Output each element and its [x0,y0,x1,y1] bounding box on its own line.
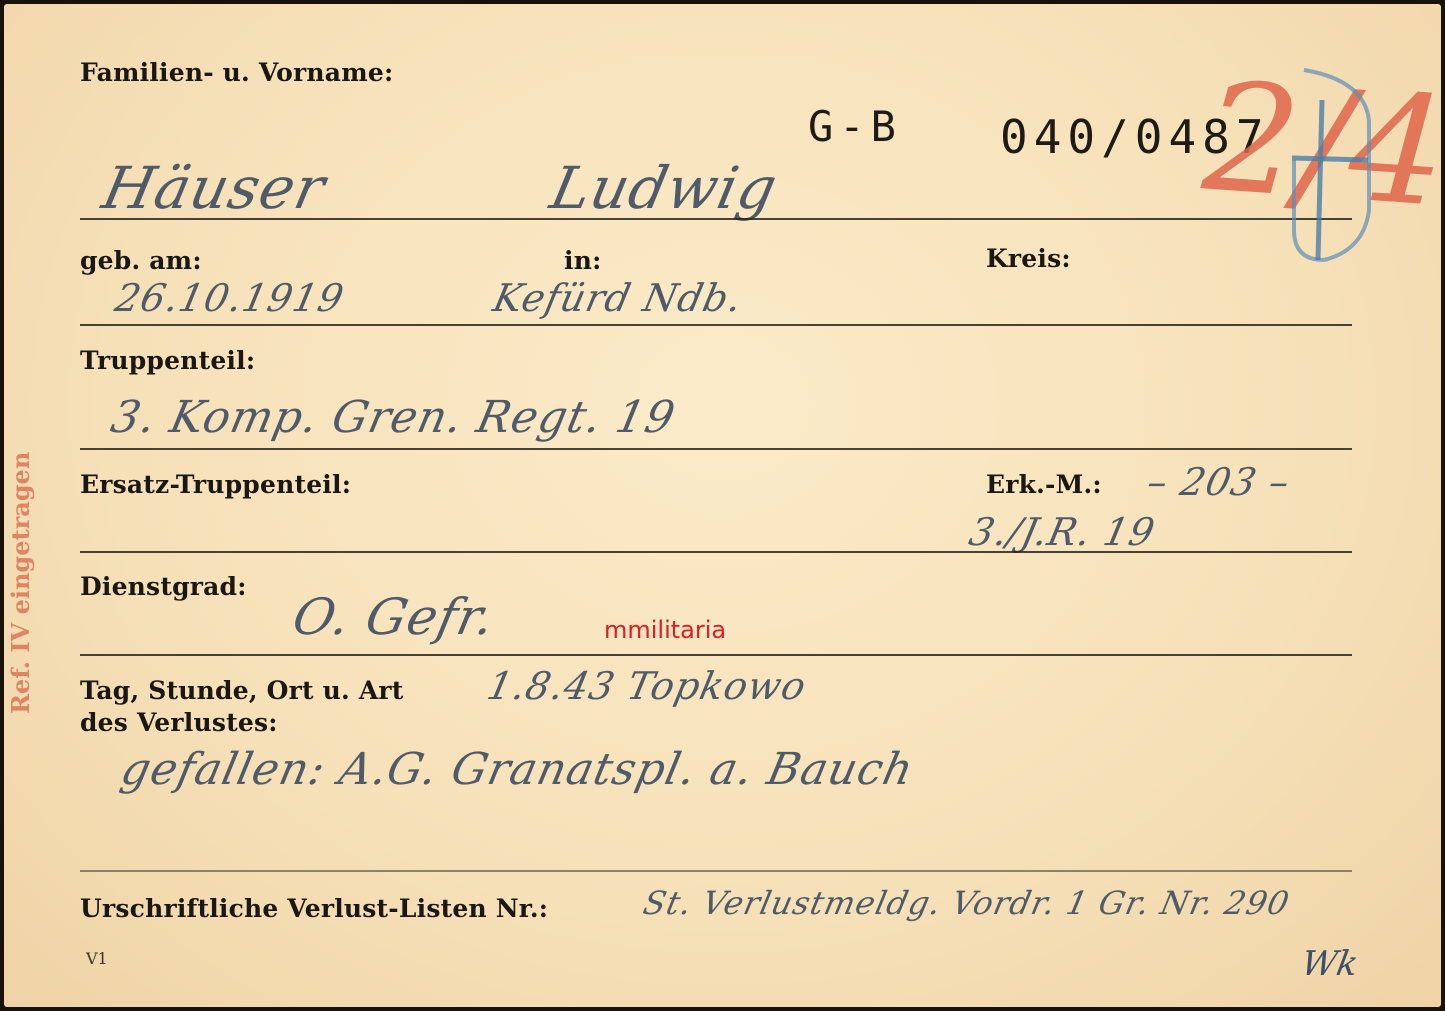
birth-place-value: Kefürd Ndb. [489,276,746,320]
district-label: Kreis: [986,244,1071,273]
reference-prefix: G-B [808,102,902,151]
left-edge-stamp: Ref. IV eingetragen [6,452,35,714]
replacement-unit-label: Ersatz-Truppenteil: [80,470,351,499]
loss-list-label: Urschriftliche Verlust-Listen Nr.: [80,894,548,923]
blue-pencil-mark-icon [1274,60,1394,280]
rule-unit [80,448,1352,450]
id-tag-label: Erk.-M.: [986,470,1102,499]
rule-birth [80,324,1352,326]
rule-replacement [80,551,1352,553]
casualty-index-card: Ref. IV eingetragen Familien- u. Vorname… [4,4,1441,1007]
loss-label-line2: des Verlustes: [80,708,278,737]
rank-value: O. Gefr. [288,588,501,646]
unit-value: 3. Komp. Gren. Regt. 19 [107,392,680,443]
unit-label: Truppenteil: [80,346,255,375]
clerk-initials: Wk [1298,944,1361,984]
id-tag-number: – 203 – [1143,460,1294,504]
rank-label: Dienstgrad: [80,572,247,601]
birth-place-label: in: [564,246,602,275]
loss-list-value: St. Verlustmeldg. Vordr. 1 Gr. Nr. 290 [640,884,1293,922]
watermark: mmilitaria [604,616,726,644]
birth-date-value: 26.10.1919 [111,276,348,320]
loss-details: gefallen: A.G. Granatspl. a. Bauch [117,744,919,795]
rule-loss [80,870,1352,872]
birth-date-label: geb. am: [80,246,202,275]
given-name-value: Ludwig [545,154,784,222]
loss-date-place: 1.8.43 Topkowo [483,664,810,708]
rule-name [80,218,1352,220]
name-label: Familien- u. Vorname: [80,58,393,87]
rule-rank [80,654,1352,656]
loss-label-line1: Tag, Stunde, Ort u. Art [80,676,404,705]
id-tag-unit: 3./J.R. 19 [965,510,1159,554]
form-code: V1 [86,949,108,968]
surname-value: Häuser [97,154,332,222]
